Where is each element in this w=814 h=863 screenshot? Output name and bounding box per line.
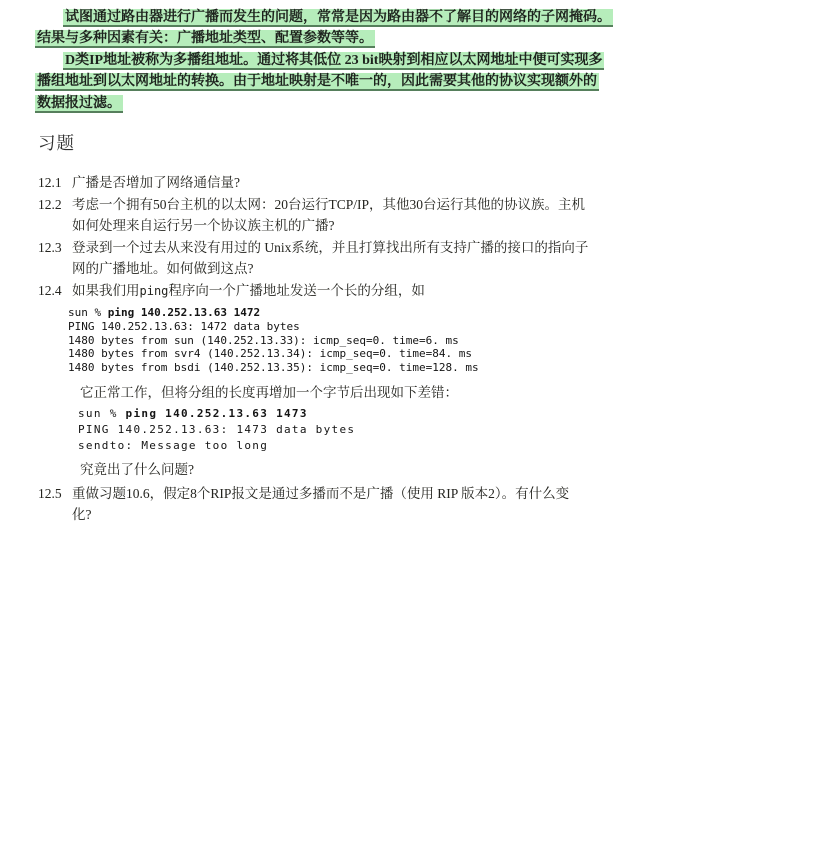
code-command-line: sun % ping 140.252.13.63 1472 <box>68 306 479 320</box>
code-output-line: PING 140.252.13.63: 1472 data bytes <box>68 320 479 334</box>
exercise-line: 如何处理来自运行另一个协议族主机的广播? <box>72 215 585 236</box>
exercise-12-1: 12.1 广播是否增加了网络通信量? <box>38 172 814 193</box>
exercise-text: 重做习题10.6，假定8个RIP报文是通过多播而不是广播（使用 RIP 版本2）… <box>72 483 569 525</box>
intro-pre: 如果我们用 <box>72 283 140 298</box>
exercise-number: 12.5 <box>38 483 72 504</box>
exercise-middle-text: 它正常工作，但将分组的长度再增加一个字节后出现如下差错： <box>80 382 479 403</box>
exercise-line: 考虑一个拥有50台主机的以太网：20台运行TCP/IP，其他30台运行其他的协议… <box>72 194 585 215</box>
highlight-line: 试图通过路由器进行广播而发生的问题，常常是因为路由器不了解目的网络的子网掩码。 <box>35 7 625 28</box>
exercise-12-2: 12.2 考虑一个拥有50台主机的以太网：20台运行TCP/IP，其他30台运行… <box>38 194 814 236</box>
exercise-line: 广播是否增加了网络通信量? <box>72 172 240 193</box>
exercise-number: 12.2 <box>38 194 72 215</box>
highlight-line: D类IP地址被称为多播组地址。通过将其低位 23 bit映射到相应以太网地址中便… <box>35 50 625 71</box>
shell-prompt: sun % <box>78 407 126 420</box>
section-title: 习题 <box>38 130 814 155</box>
document-page: 试图通过路由器进行广播而发生的问题，常常是因为路由器不了解目的网络的子网掩码。 … <box>0 0 814 863</box>
shell-prompt: sun % <box>68 306 108 319</box>
exercise-question-text: 究竟出了什么问题? <box>80 459 479 480</box>
exercise-list: 12.1 广播是否增加了网络通信量? 12.2 考虑一个拥有50台主机的以太网：… <box>38 172 814 525</box>
code-output-line: sendto: Message too long <box>78 438 479 454</box>
exercise-text: 广播是否增加了网络通信量? <box>72 172 240 193</box>
highlighted-text: 结果与多种因素有关：广播地址类型、配置参数等等。 <box>35 30 375 48</box>
intro-post: 程序向一个广播地址发送一个长的分组，如 <box>168 283 425 298</box>
exercise-intro-line: 如果我们用ping程序向一个广播地址发送一个长的分组，如 <box>72 280 479 302</box>
exercise-text: 登录到一个过去从来没有用过的 Unix系统，并且打算找出所有支持广播的接口的指向… <box>72 237 588 279</box>
exercise-number: 12.3 <box>38 237 72 258</box>
exercise-line: 重做习题10.6，假定8个RIP报文是通过多播而不是广播（使用 RIP 版本2）… <box>72 483 569 504</box>
code-output-line: 1480 bytes from svr4 (140.252.13.34): ic… <box>68 347 479 361</box>
highlighted-text: D类IP地址被称为多播组地址。通过将其低位 23 bit映射到相应以太网地址中便… <box>63 52 604 70</box>
shell-command: ping 140.252.13.63 1473 <box>126 407 308 420</box>
exercise-line: 网的广播地址。如何做到这点? <box>72 258 588 279</box>
code-command-line: sun % ping 140.252.13.63 1473 <box>78 406 479 422</box>
shell-command: ping 140.252.13.63 1472 <box>108 306 260 319</box>
exercise-number: 12.4 <box>38 280 72 301</box>
exercise-12-5: 12.5 重做习题10.6，假定8个RIP报文是通过多播而不是广播（使用 RIP… <box>38 483 814 525</box>
highlighted-summary-block: 试图通过路由器进行广播而发生的问题，常常是因为路由器不了解目的网络的子网掩码。 … <box>35 0 625 114</box>
exercise-line: 登录到一个过去从来没有用过的 Unix系统，并且打算找出所有支持广播的接口的指向… <box>72 237 588 258</box>
exercise-text: 如果我们用ping程序向一个广播地址发送一个长的分组，如 sun % ping … <box>72 280 479 482</box>
code-output-line: PING 140.252.13.63: 1473 data bytes <box>78 422 479 438</box>
exercise-12-3: 12.3 登录到一个过去从来没有用过的 Unix系统，并且打算找出所有支持广播的… <box>38 237 814 279</box>
highlight-line: 播组地址到以太网地址的转换。由于地址映射是不唯一的，因此需要其他的协议实现额外的 <box>35 71 625 92</box>
exercise-text: 考虑一个拥有50台主机的以太网：20台运行TCP/IP，其他30台运行其他的协议… <box>72 194 585 236</box>
terminal-transcript-1: sun % ping 140.252.13.63 1472 PING 140.2… <box>68 306 479 375</box>
highlighted-text: 数据报过滤。 <box>35 95 123 113</box>
exercise-12-4: 12.4 如果我们用ping程序向一个广播地址发送一个长的分组，如 sun % … <box>38 280 814 482</box>
highlight-line: 结果与多种因素有关：广播地址类型、配置参数等等。 <box>35 28 625 49</box>
highlighted-text: 播组地址到以太网地址的转换。由于地址映射是不唯一的，因此需要其他的协议实现额外的 <box>35 73 599 91</box>
code-output-line: 1480 bytes from bsdi (140.252.13.35): ic… <box>68 361 479 375</box>
terminal-transcript-2: sun % ping 140.252.13.63 1473 PING 140.2… <box>78 406 479 454</box>
code-output-line: 1480 bytes from sun (140.252.13.33): icm… <box>68 334 479 348</box>
exercise-line: 化? <box>72 504 569 525</box>
exercise-number: 12.1 <box>38 172 72 193</box>
highlight-line: 数据报过滤。 <box>35 93 625 114</box>
inline-code-ping: ping <box>140 284 169 298</box>
highlighted-text: 试图通过路由器进行广播而发生的问题，常常是因为路由器不了解目的网络的子网掩码。 <box>63 9 613 27</box>
